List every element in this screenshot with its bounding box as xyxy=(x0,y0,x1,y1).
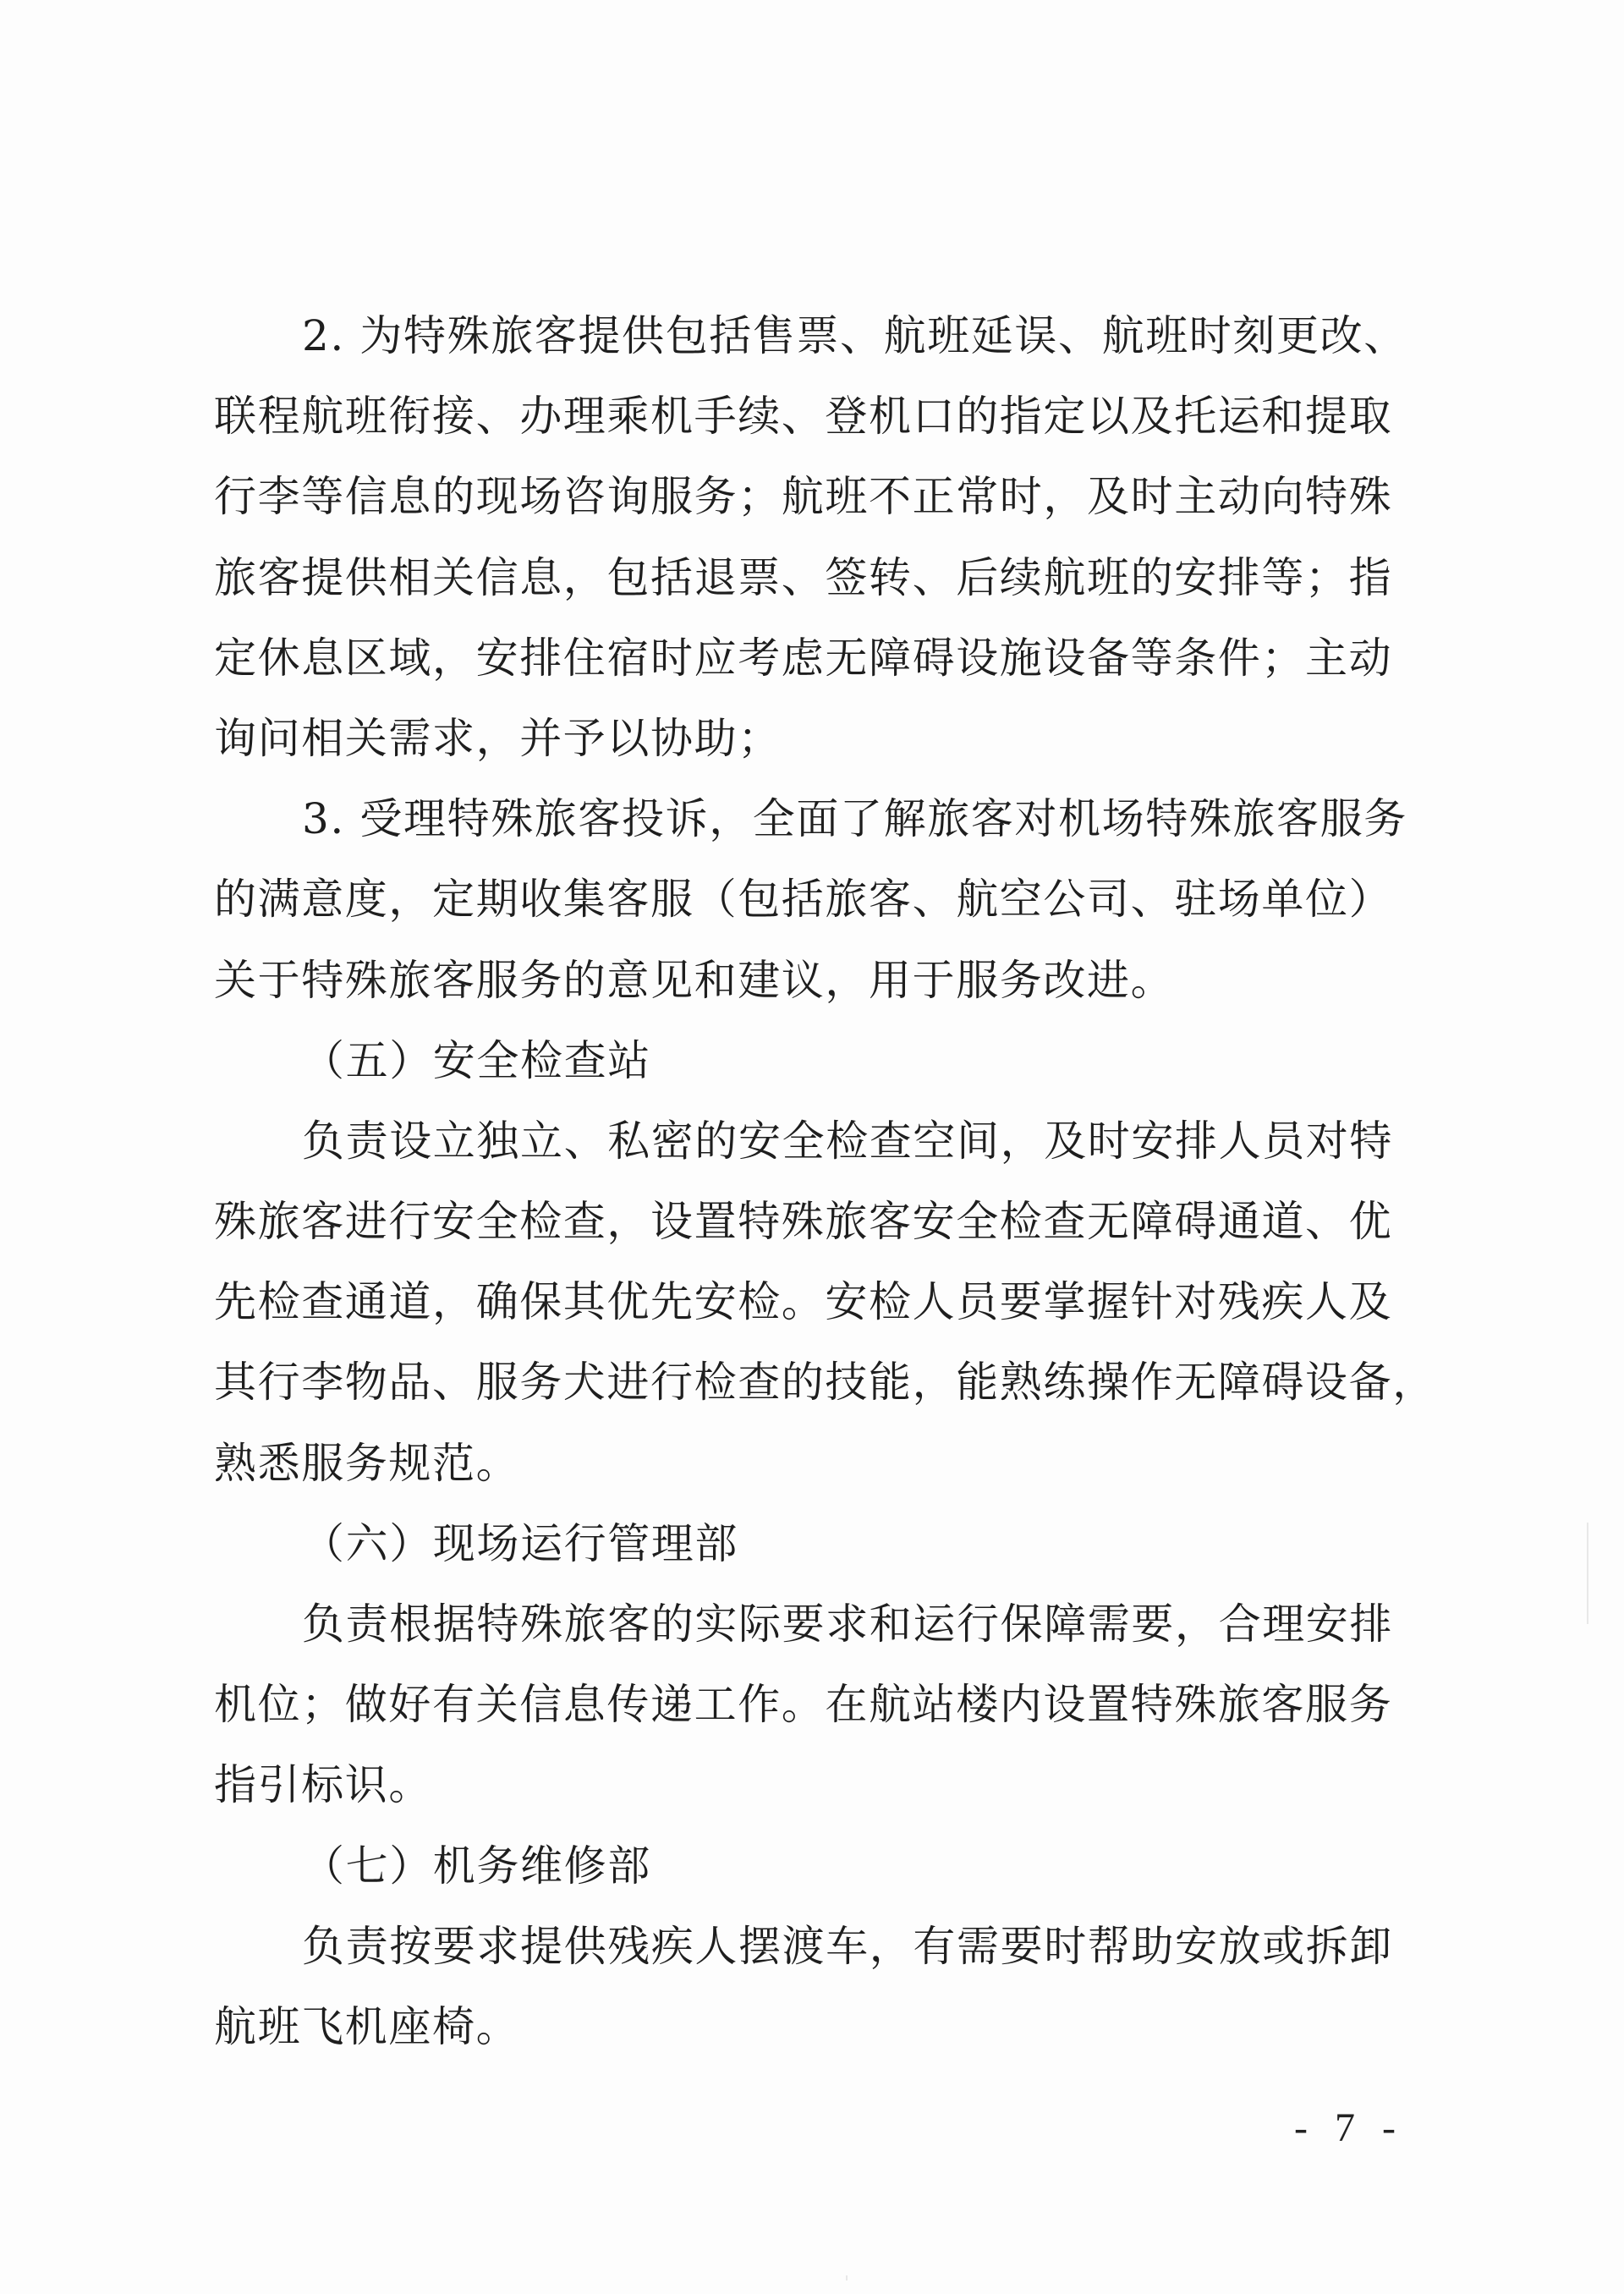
paragraph-line: 询问相关需求，并予以协助； xyxy=(214,699,1407,779)
paragraph-line: 的满意度，定期收集客服（包括旅客、航空公司、驻场单位） xyxy=(214,859,1407,940)
document-page: 2. 为特殊旅客提供包括售票、航班延误、航班时刻更改、 联程航班衔接、办理乘机手… xyxy=(0,0,1624,2294)
scan-artifact xyxy=(846,2275,848,2280)
paragraph-line: 其行李物品、服务犬进行检查的技能，能熟练操作无障碍设备， xyxy=(214,1342,1407,1423)
paragraph-line: 行李等信息的现场咨询服务；航班不正常时，及时主动向特殊 xyxy=(214,457,1407,537)
paragraph-line: 2. 为特殊旅客提供包括售票、航班延误、航班时刻更改、 xyxy=(214,296,1407,376)
paragraph-line: 联程航班衔接、办理乘机手续、登机口的指定以及托运和提取 xyxy=(214,376,1407,457)
paragraph-line: 关于特殊旅客服务的意见和建议，用于服务改进。 xyxy=(214,941,1407,1021)
section-heading: （五）安全检查站 xyxy=(214,1021,1407,1101)
section-heading: （七）机务维修部 xyxy=(214,1826,1407,1907)
body-text: 2. 为特殊旅客提供包括售票、航班延误、航班时刻更改、 联程航班衔接、办理乘机手… xyxy=(214,296,1407,2067)
paragraph-line: 负责按要求提供残疾人摆渡车，有需要时帮助安放或拆卸 xyxy=(214,1907,1407,1987)
paragraph-line: 定休息区域，安排住宿时应考虑无障碍设施设备等条件；主动 xyxy=(214,618,1407,699)
paragraph-line: 旅客提供相关信息，包括退票、签转、后续航班的安排等；指 xyxy=(214,538,1407,618)
paragraph-line: 殊旅客进行安全检查，设置特殊旅客安全检查无障碍通道、优 xyxy=(214,1182,1407,1262)
paragraph-line: 指引标识。 xyxy=(214,1745,1407,1825)
paragraph-line: 航班飞机座椅。 xyxy=(214,1987,1407,2067)
paragraph-line: 熟悉服务规范。 xyxy=(214,1424,1407,1504)
page-number: - 7 - xyxy=(1294,2105,1404,2151)
paragraph-line: 机位；做好有关信息传递工作。在航站楼内设置特殊旅客服务 xyxy=(214,1665,1407,1745)
scan-artifact xyxy=(1587,1523,1588,1624)
paragraph-line: 负责设立独立、私密的安全检查空间，及时安排人员对特 xyxy=(214,1101,1407,1182)
paragraph-line: 先检查通道，确保其优先安检。安检人员要掌握针对残疾人及 xyxy=(214,1262,1407,1342)
paragraph-line: 负责根据特殊旅客的实际要求和运行保障需要，合理安排 xyxy=(214,1584,1407,1665)
section-heading: （六）现场运行管理部 xyxy=(214,1504,1407,1584)
paragraph-line: 3. 受理特殊旅客投诉，全面了解旅客对机场特殊旅客服务 xyxy=(214,779,1407,859)
